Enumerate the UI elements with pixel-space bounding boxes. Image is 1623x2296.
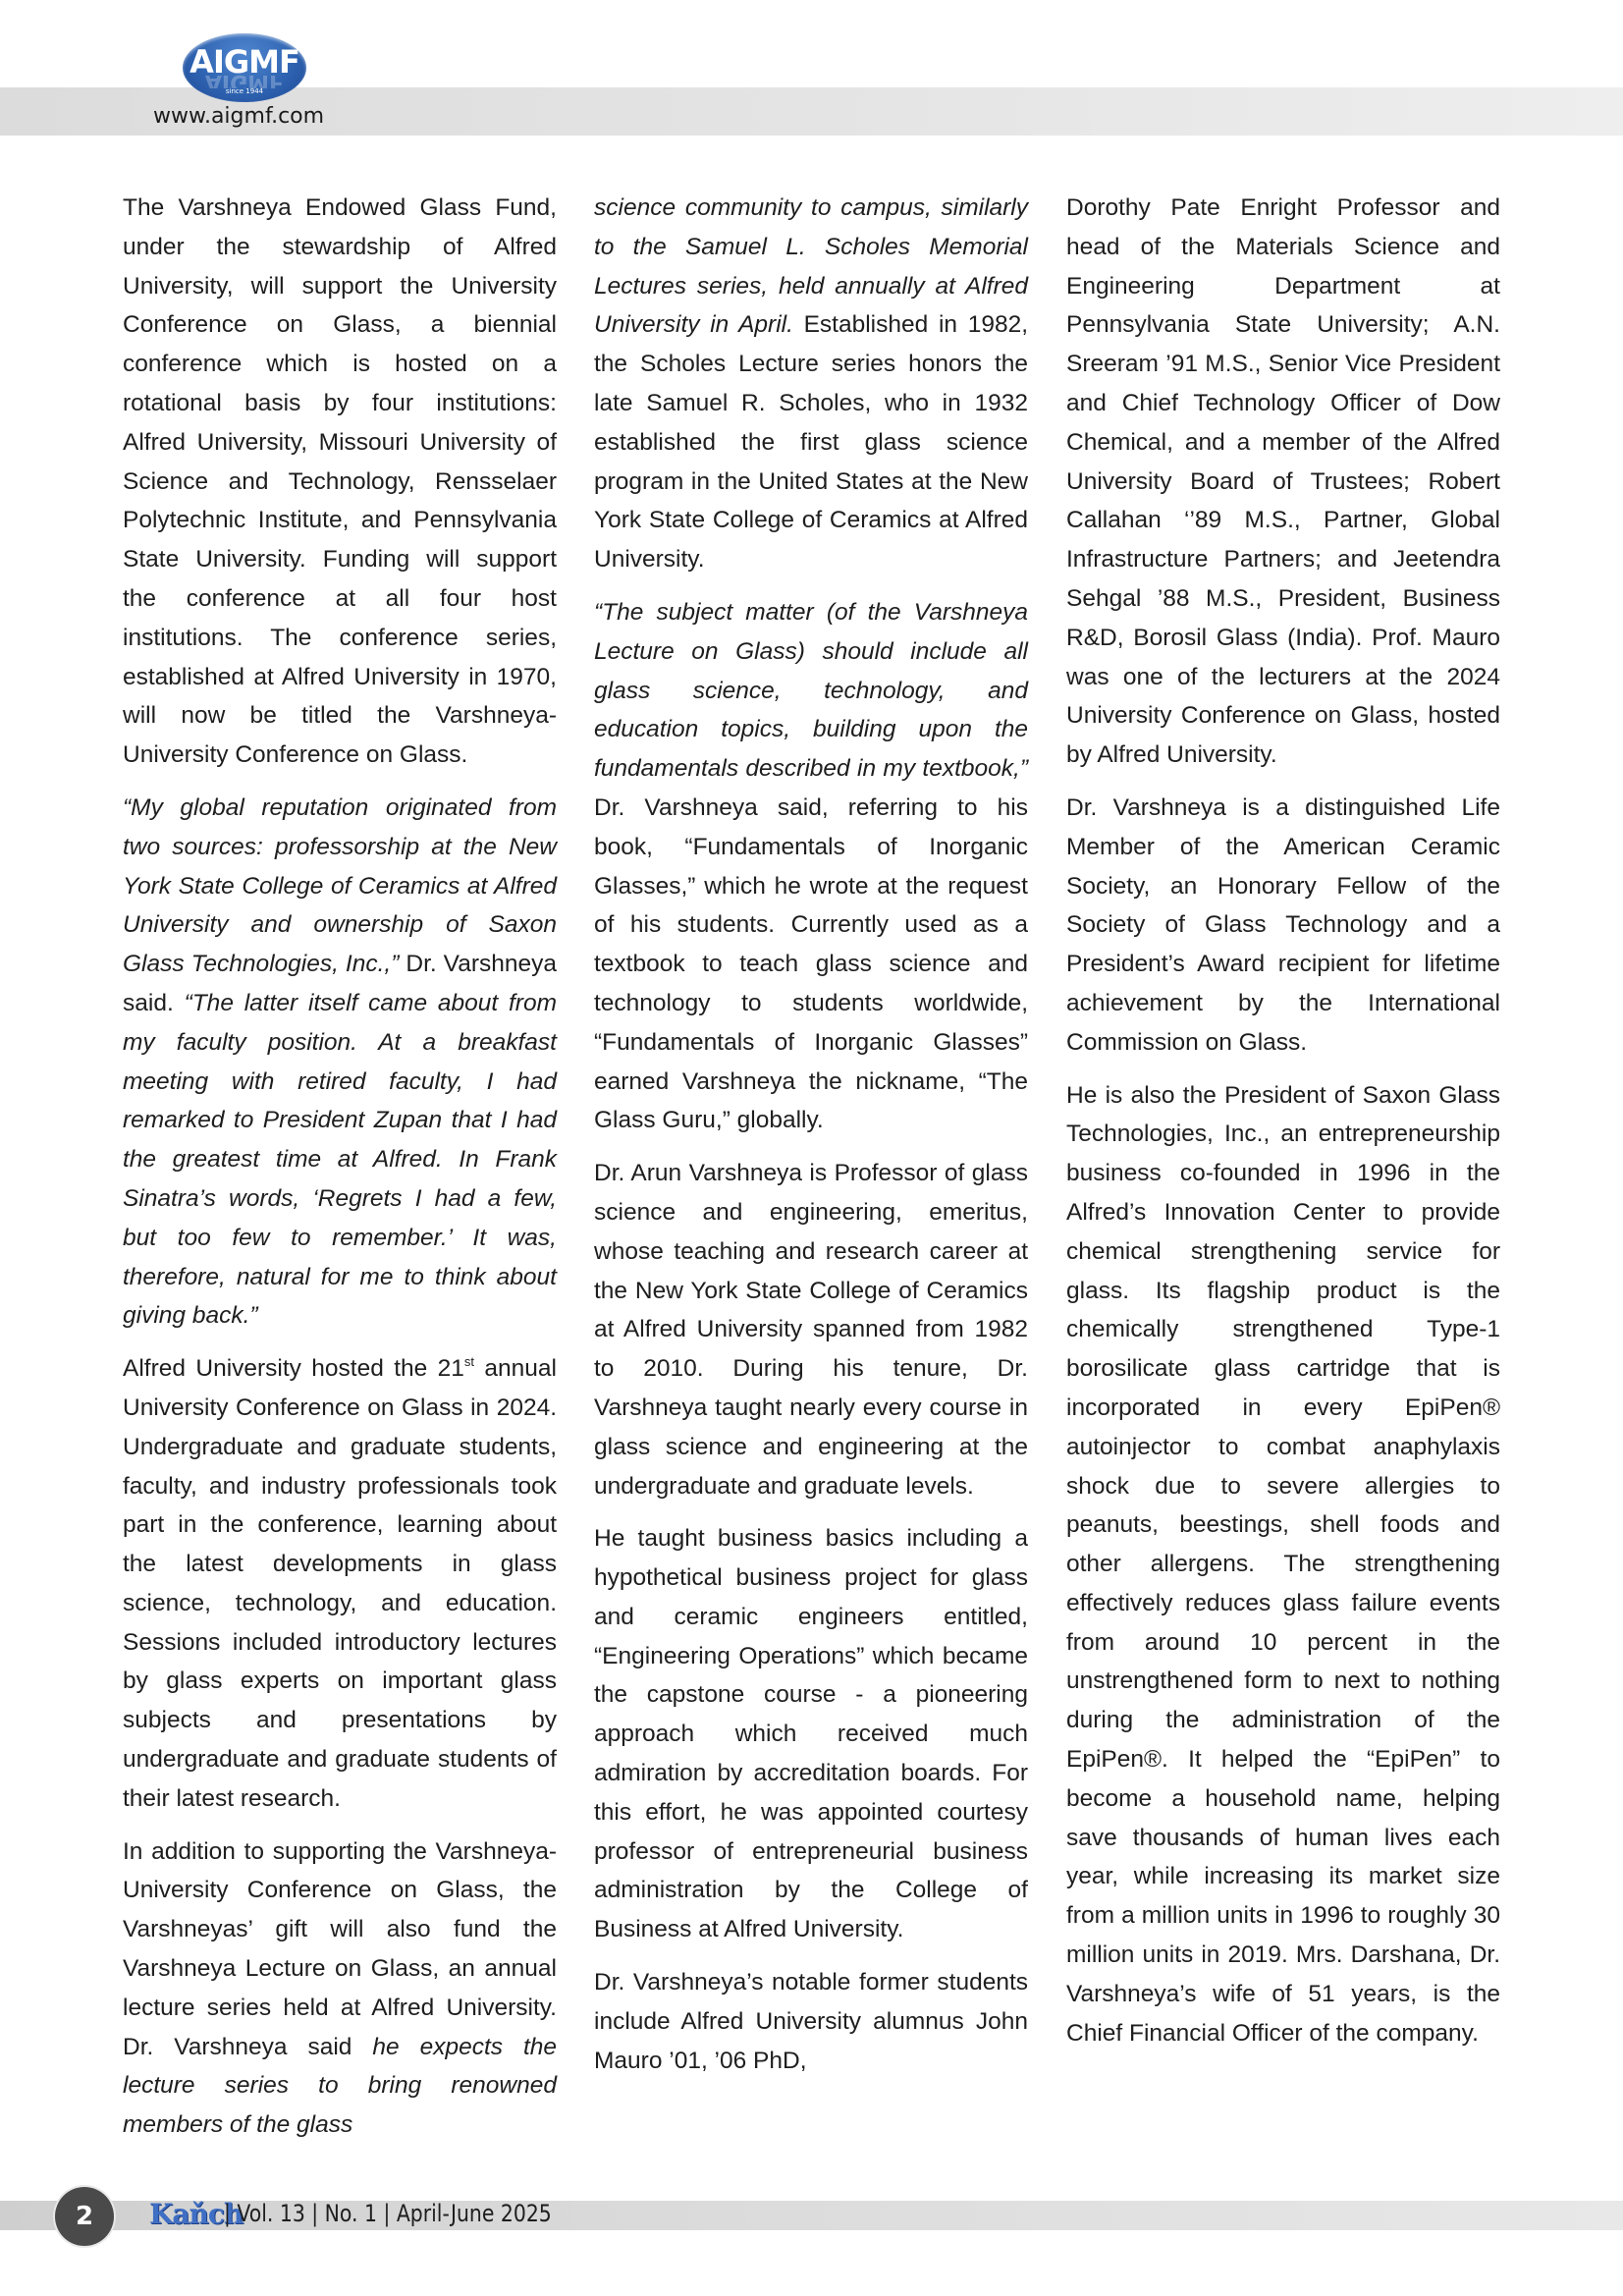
logo-since: since 1944 xyxy=(183,87,306,95)
paragraph: He is also the President of Saxon Glass … xyxy=(1066,1076,1500,2053)
text-span: In addition to supporting the Varshneya-… xyxy=(123,1838,557,2060)
quote-text: “The subject matter (of the Varshneya Le… xyxy=(594,599,1028,782)
paragraph: science community to campus, similarly t… xyxy=(594,189,1028,579)
column-1: The Varshneya Endowed Glass Fund, under … xyxy=(123,189,557,2159)
paragraph: Dr. Varshneya is a distinguished Life Me… xyxy=(1066,789,1500,1063)
logo-reflection: AIGMF xyxy=(183,75,306,88)
aigmf-logo[interactable]: AIGMF AIGMF since 1944 xyxy=(183,33,306,102)
paragraph: Dr. Arun Varshneya is Professor of glass… xyxy=(594,1154,1028,1505)
quote-text: “The latter itself came about from my fa… xyxy=(123,990,557,1329)
column-2: science community to campus, similarly t… xyxy=(594,189,1028,2094)
ordinal-suffix: st xyxy=(464,1354,474,1369)
text-span: Alfred University hosted the 21 xyxy=(123,1355,464,1382)
paragraph: He taught business basics including a hy… xyxy=(594,1519,1028,1949)
paragraph-quote: “The subject matter (of the Varshneya Le… xyxy=(594,593,1028,1140)
text-span: Established in 1982, the Scholes Lecture… xyxy=(594,311,1028,573)
paragraph: Dr. Varshneya’s notable former students … xyxy=(594,1963,1028,2080)
text-span: annual University Conference on Glass in… xyxy=(123,1355,557,1812)
paragraph: Alfred University hosted the 21st annual… xyxy=(123,1349,557,1819)
site-url[interactable]: www.aigmf.com xyxy=(153,104,324,129)
page-number: 2 xyxy=(55,2187,114,2246)
text-span: Dr. Varshneya said, referring to his boo… xyxy=(594,794,1028,1133)
column-3: Dorothy Pate Enright Professor and head … xyxy=(1066,189,1500,2066)
paragraph: Dorothy Pate Enright Professor and head … xyxy=(1066,189,1500,775)
paragraph-quote: “My global reputation originated from tw… xyxy=(123,789,557,1336)
issue-info: | Vol. 13 | No. 1 | April-June 2025 xyxy=(224,2200,552,2227)
paragraph: In addition to supporting the Varshneya-… xyxy=(123,1832,557,2145)
paragraph: The Varshneya Endowed Glass Fund, under … xyxy=(123,189,557,775)
